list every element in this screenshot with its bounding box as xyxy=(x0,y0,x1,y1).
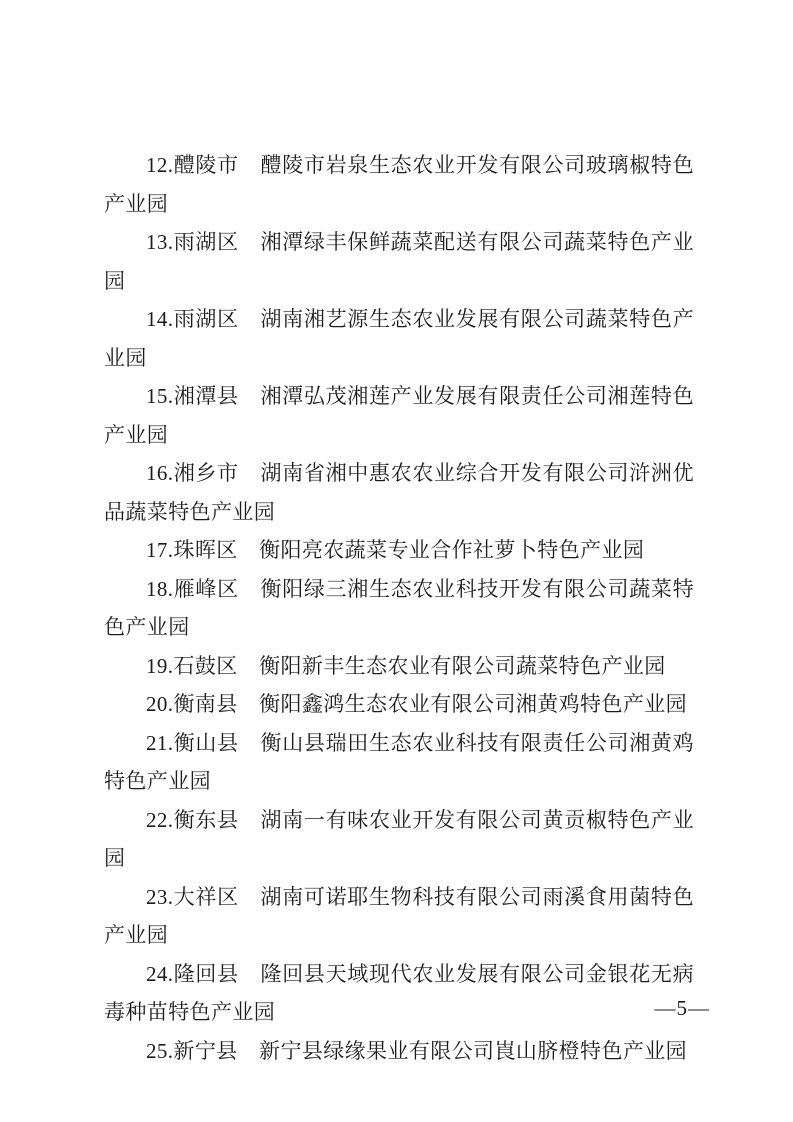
item-district: 衡东县 xyxy=(173,808,238,832)
list-item: 15.湘潭县 湘潭弘茂湘莲产业发展有限责任公司湘莲特色产业园 xyxy=(104,377,694,454)
item-number: 15. xyxy=(146,384,173,408)
item-separator xyxy=(239,885,261,909)
list-item: 22.衡东县 湖南一有味农业开发有限公司黄贡椒特色产业园 xyxy=(104,801,694,878)
item-number: 14. xyxy=(146,307,173,331)
list-item: 16.湘乡市 湖南省湘中惠农农业综合开发有限公司浒洲优品蔬菜特色产业园 xyxy=(104,454,694,531)
item-district: 隆回县 xyxy=(173,962,238,986)
item-company: 新宁县绿缘果业有限公司崀山脐橙特色产业园 xyxy=(259,1039,687,1063)
item-separator xyxy=(239,808,261,832)
item-number: 18. xyxy=(146,577,173,601)
item-number: 16. xyxy=(146,461,173,485)
item-separator xyxy=(238,654,259,678)
list-item: 13.雨湖区 湘潭绿丰保鲜蔬菜配送有限公司蔬菜特色产业园 xyxy=(104,223,694,300)
item-number: 12. xyxy=(146,153,173,177)
item-separator xyxy=(239,461,261,485)
item-district: 雨湖区 xyxy=(173,230,238,254)
list-item: 17.珠晖区 衡阳亮农蔬菜专业合作社萝卜特色产业园 xyxy=(104,531,694,570)
item-number: 13. xyxy=(146,230,173,254)
item-district: 大祥区 xyxy=(173,885,238,909)
item-district: 衡南县 xyxy=(173,692,237,716)
item-district: 湘乡市 xyxy=(173,461,238,485)
item-district: 雨湖区 xyxy=(173,307,238,331)
list-item: 18.雁峰区 衡阳绿三湘生态农业科技开发有限公司蔬菜特色产业园 xyxy=(104,570,694,647)
item-separator xyxy=(239,153,261,177)
list-item: 20.衡南县 衡阳鑫鸿生态农业有限公司湘黄鸡特色产业园 xyxy=(104,685,694,724)
item-separator xyxy=(239,962,261,986)
item-separator xyxy=(238,1039,259,1063)
item-company: 衡阳亮农蔬菜专业合作社萝卜特色产业园 xyxy=(259,538,644,562)
page-number: —5— xyxy=(655,994,711,1022)
list-item: 25.新宁县 新宁县绿缘果业有限公司崀山脐橙特色产业园 xyxy=(104,1032,694,1071)
item-district: 石鼓区 xyxy=(173,654,237,678)
item-district: 新宁县 xyxy=(173,1039,237,1063)
item-separator xyxy=(238,692,259,716)
item-number: 22. xyxy=(146,808,173,832)
list-item: 21.衡山县 衡山县瑞田生态农业科技有限责任公司湘黄鸡特色产业园 xyxy=(104,724,694,801)
item-separator xyxy=(239,384,261,408)
item-district: 湘潭县 xyxy=(173,384,238,408)
document-page: 12.醴陵市 醴陵市岩泉生态农业开发有限公司玻璃椒特色产业园 13.雨湖区 湘潭… xyxy=(0,0,793,1122)
item-separator xyxy=(239,307,261,331)
list-item: 14.雨湖区 湖南湘艺源生态农业发展有限公司蔬菜特色产业园 xyxy=(104,300,694,377)
list-item: 23.大祥区 湖南可诺耶生物科技有限公司雨溪食用菌特色产业园 xyxy=(104,878,694,955)
item-company: 衡阳鑫鸿生态农业有限公司湘黄鸡特色产业园 xyxy=(259,692,687,716)
item-number: 19. xyxy=(146,654,173,678)
list-item: 12.醴陵市 醴陵市岩泉生态农业开发有限公司玻璃椒特色产业园 xyxy=(104,146,694,223)
list-item: 19.石鼓区 衡阳新丰生态农业有限公司蔬菜特色产业园 xyxy=(104,647,694,686)
item-number: 24. xyxy=(146,962,173,986)
item-company: 衡阳新丰生态农业有限公司蔬菜特色产业园 xyxy=(259,654,666,678)
item-district: 珠晖区 xyxy=(173,538,237,562)
item-district: 雁峰区 xyxy=(173,577,238,601)
item-separator xyxy=(239,577,261,601)
list-item: 24.隆回县 隆回县天域现代农业发展有限公司金银花无病毒种苗特色产业园 xyxy=(104,955,694,1032)
item-number: 17. xyxy=(146,538,173,562)
item-separator xyxy=(238,538,259,562)
item-separator xyxy=(239,731,261,755)
item-district: 衡山县 xyxy=(173,731,238,755)
item-list: 12.醴陵市 醴陵市岩泉生态农业开发有限公司玻璃椒特色产业园 13.雨湖区 湘潭… xyxy=(104,146,694,1070)
item-separator xyxy=(239,230,261,254)
item-district: 醴陵市 xyxy=(173,153,238,177)
item-number: 20. xyxy=(146,692,173,716)
item-number: 23. xyxy=(146,885,173,909)
item-number: 25. xyxy=(146,1039,173,1063)
item-number: 21. xyxy=(146,731,173,755)
